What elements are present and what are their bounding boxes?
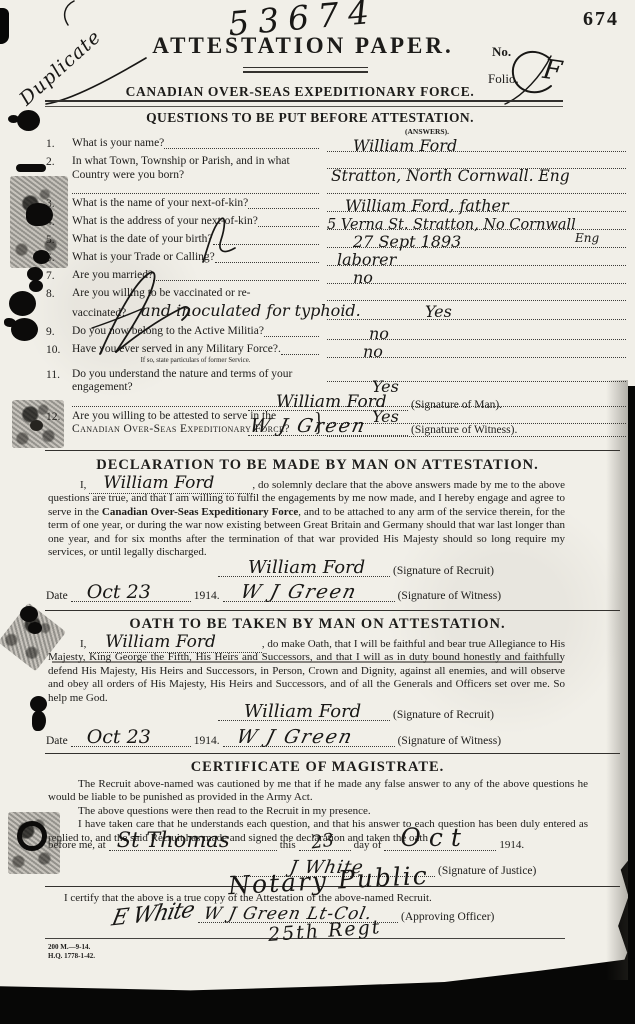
page-title: ATTESTATION PAPER. <box>128 33 478 59</box>
questions-heading: QUESTIONS TO BE PUT BEFORE ATTESTATION. <box>110 110 510 126</box>
signature-of-man-row: William Ford (Signature of Man). <box>248 396 618 411</box>
question-number: 9. <box>46 325 72 340</box>
question-text: Do you understand the nature and terms o… <box>72 368 319 395</box>
ink-blot <box>20 606 38 622</box>
question-number: 7. <box>46 269 72 284</box>
answer-handwritten: 5 Verna St. Stratton, No Cornwall <box>327 217 576 233</box>
dotted-leader <box>164 137 319 149</box>
recruit-signature-label: (Signature of Recruit) <box>393 709 494 721</box>
question-text: In what Town, Township or Parish, and in… <box>72 155 319 182</box>
answer-line: Stratton, North Cornwall. Eng <box>327 155 626 194</box>
answer-handwritten: Stratton, North Cornwall. Eng <box>331 167 570 185</box>
oath-name-handwritten: William Ford <box>89 632 262 653</box>
form-print-code: 200 M.—9-14. H.Q. 1778-1-42. <box>48 943 95 960</box>
question-row: 5. What is the date of your birth? 27 Se… <box>46 233 626 248</box>
print-code-line1: 200 M.—9-14. <box>48 943 95 952</box>
justice-signature-label: (Signature of Justice) <box>438 865 536 877</box>
ink-blot <box>30 420 43 431</box>
day-handwritten: 23 <box>309 830 335 854</box>
ink-blot <box>4 318 16 327</box>
ink-blot <box>32 711 46 731</box>
ink-blot <box>29 280 43 292</box>
signature-of-man-label: (Signature of Man). <box>411 399 502 411</box>
answer-line: no <box>327 325 626 340</box>
answer-handwritten: Yes <box>372 407 399 426</box>
dotted-leader <box>281 343 319 355</box>
question-number: 8. <box>46 287 72 320</box>
declaration-paragraph: I, William Ford, do solemnly declare tha… <box>48 477 565 559</box>
approving-officer-label: (Approving Officer) <box>401 911 494 923</box>
ink-blot <box>8 115 19 123</box>
scan-shadow-right <box>606 380 628 980</box>
dotted-leader <box>248 197 319 209</box>
declaration-recruit-signature-row: William Ford (Signature of Recruit) <box>218 562 494 577</box>
dotted-leader <box>264 325 319 337</box>
signature-of-witness-row: W J Green (Signature of Witness). <box>248 421 618 436</box>
witness-signature-label: (Signature of Witness) <box>398 735 501 747</box>
section-divider <box>45 450 620 451</box>
question-row: 6. What is your Trade or Calling? labore… <box>46 251 626 266</box>
title-flourish-rule <box>243 67 368 73</box>
answer-line: William Ford <box>327 137 626 152</box>
day-of-label: day of <box>354 839 382 851</box>
declaration-date-row: Date Oct 23 1914. W J Green (Signature o… <box>46 587 501 602</box>
question-text: What is the date of your birth? <box>72 233 213 247</box>
answer-handwritten: 27 Sept 1893 <box>353 232 461 251</box>
page-number: 674 <box>583 8 619 31</box>
answers-column-label: (ANSWERS). <box>405 127 449 136</box>
answer-handwritten: no <box>369 324 389 343</box>
recruit-signature-handwritten: William Ford <box>248 557 365 578</box>
answer-handwritten: laborer <box>337 250 396 269</box>
date-value-handwritten: Oct 23 <box>87 581 151 603</box>
date-label: Date <box>46 590 68 602</box>
scan-edge-top-left <box>0 8 9 44</box>
ink-blot <box>17 110 40 131</box>
answer-handwritten: William Ford <box>353 136 457 155</box>
header-rule <box>45 100 563 107</box>
oath-heading: OATH TO BE TAKEN BY MAN ON ATTESTATION. <box>60 616 575 633</box>
signature-of-witness-label: (Signature of Witness). <box>411 424 517 436</box>
question-number: 10. <box>46 343 72 365</box>
section-divider <box>45 753 620 754</box>
magistrate-heading: CERTIFICATE OF MAGISTRATE. <box>60 759 575 776</box>
dotted-leader <box>258 215 319 227</box>
magistrate-para2: The above questions were then read to th… <box>48 805 588 818</box>
declaration-heading: DECLARATION TO BE MADE BY MAN ON ATTESTA… <box>60 457 575 474</box>
ink-smudge-line <box>52 661 562 663</box>
this-label: this <box>280 839 296 851</box>
oath-intro: I, <box>80 638 86 650</box>
answer-handwritten: William Ford, father <box>345 196 509 215</box>
subtitle: CANADIAN OVER-SEAS EXPEDITIONARY FORCE. <box>80 84 520 100</box>
ink-blot <box>30 696 47 712</box>
signature-of-man-handwritten: William Ford <box>276 392 387 412</box>
answer-handwritten: Yes <box>372 377 399 396</box>
witness-signature-handwritten: W J Green <box>234 726 356 748</box>
year-label: 1914. <box>499 839 524 851</box>
witness-signature-label: (Signature of Witness) <box>398 590 501 602</box>
question-row: 4. What is the address of your next-of-k… <box>46 215 626 230</box>
date-value-handwritten: Oct 23 <box>87 726 151 748</box>
magistrate-para1: The Recruit above-named was cautioned by… <box>48 778 588 805</box>
answer-line: no <box>327 269 626 284</box>
signature-of-witness-handwritten: W J Green <box>248 415 369 437</box>
date-year: 1914. <box>194 735 220 747</box>
oath-recruit-signature-row: William Ford (Signature of Recruit) <box>218 706 494 721</box>
oath-date-row: Date Oct 23 1914. W J Green (Signature o… <box>46 732 501 747</box>
declaration-force-name: Canadian Over-Seas Expeditionary Force <box>102 506 298 518</box>
question-row: 3. What is the name of your next-of-kin?… <box>46 197 626 212</box>
dotted-leader <box>72 182 319 194</box>
answer-handwritten-overflow: Eng <box>575 231 599 245</box>
answer-handwritten: no <box>353 268 373 287</box>
ink-blot <box>9 291 36 316</box>
ink-blot <box>16 164 46 172</box>
answer-handwritten: no <box>363 342 383 361</box>
witness-signature-handwritten: W J Green <box>238 581 360 603</box>
stray-pen-arc-top <box>58 0 80 26</box>
ink-blot <box>28 622 42 634</box>
month-handwritten: Oct <box>400 823 469 852</box>
declaration-name-handwritten: William Ford <box>89 473 252 494</box>
ink-blot <box>26 203 53 226</box>
question-row: 1. What is your name? William Ford <box>46 137 626 152</box>
recruit-signature-label: (Signature of Recruit) <box>393 565 494 577</box>
scan-black-edge-bottom <box>0 954 635 1024</box>
question-text: What is the name of your next-of-kin? <box>72 197 248 211</box>
stray-pen-scrawl-q5 <box>193 216 248 266</box>
answer-handwritten: Yes <box>425 302 452 321</box>
answer-line: William Ford, father <box>327 197 626 212</box>
ink-blot <box>33 250 50 264</box>
answer-line: 5 Verna St. Stratton, No Cornwall Eng <box>327 215 626 230</box>
section-divider <box>45 610 620 611</box>
question-number: 1. <box>46 137 72 152</box>
question-row: 2. In what Town, Township or Parish, and… <box>46 155 626 194</box>
question-text: What is your name? <box>72 137 164 151</box>
ink-ring-blot <box>17 821 47 851</box>
date-year: 1914. <box>194 590 220 602</box>
answer-annotation-handwritten: and inoculated for typhoid. <box>141 301 361 320</box>
answer-line: laborer <box>327 251 626 266</box>
answer-line: no <box>327 343 626 358</box>
attestation-paper-scan: 53674 674 ATTESTATION PAPER. No. Folio. … <box>0 0 635 1024</box>
place-handwritten: St Thomas <box>117 828 230 852</box>
ink-blot <box>27 267 43 281</box>
date-label: Date <box>46 735 68 747</box>
print-code-line2: H.Q. 1778-1-42. <box>48 952 95 961</box>
recruit-signature-handwritten: William Ford <box>244 701 361 722</box>
declaration-intro: I, <box>80 479 86 491</box>
before-me-row: before me, at St Thomas this 23 day of O… <box>48 836 524 851</box>
oath-paragraph: I, William Ford, do make Oath, that I wi… <box>48 636 565 705</box>
answer-line: Yes <box>327 287 626 320</box>
